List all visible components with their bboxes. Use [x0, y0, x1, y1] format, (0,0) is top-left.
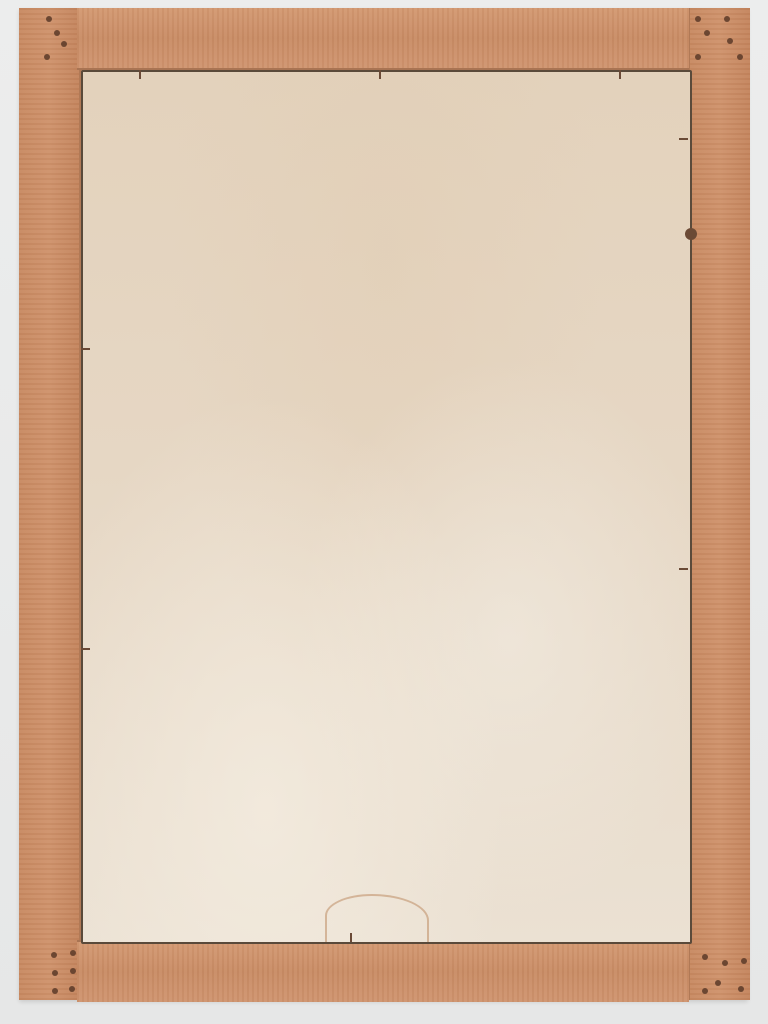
tack — [679, 568, 688, 570]
cardboard-backing — [81, 70, 692, 944]
wooden-frame — [19, 8, 748, 1000]
tack — [379, 70, 381, 79]
frame-top-rail — [77, 8, 689, 70]
nail-hole — [738, 986, 744, 992]
nail-hole — [695, 54, 701, 60]
nail-hole — [70, 968, 76, 974]
nail-hole — [52, 988, 58, 994]
tack — [619, 70, 621, 79]
wood-knot — [685, 228, 697, 240]
nail-hole — [715, 980, 721, 986]
nail-hole — [51, 952, 57, 958]
nail-hole — [61, 41, 67, 47]
frame-right-stile — [688, 8, 750, 1000]
photo-background — [0, 0, 768, 1024]
tack — [679, 138, 688, 140]
tack — [350, 933, 352, 942]
tack — [139, 70, 141, 79]
nail-hole — [695, 16, 701, 22]
tack — [81, 348, 90, 350]
nail-hole — [44, 54, 50, 60]
nail-hole — [704, 30, 710, 36]
nail-hole — [702, 988, 708, 994]
nail-hole — [52, 970, 58, 976]
nail-hole — [741, 958, 747, 964]
frame-bottom-rail — [77, 940, 689, 1002]
nail-hole — [54, 30, 60, 36]
frame-left-stile — [19, 8, 81, 1000]
tack — [81, 648, 90, 650]
nail-hole — [70, 950, 76, 956]
nail-hole — [702, 954, 708, 960]
nail-hole — [724, 16, 730, 22]
nail-hole — [722, 960, 728, 966]
nail-hole — [46, 16, 52, 22]
nail-hole — [727, 38, 733, 44]
nail-hole — [69, 986, 75, 992]
water-stain — [325, 894, 429, 942]
nail-hole — [737, 54, 743, 60]
